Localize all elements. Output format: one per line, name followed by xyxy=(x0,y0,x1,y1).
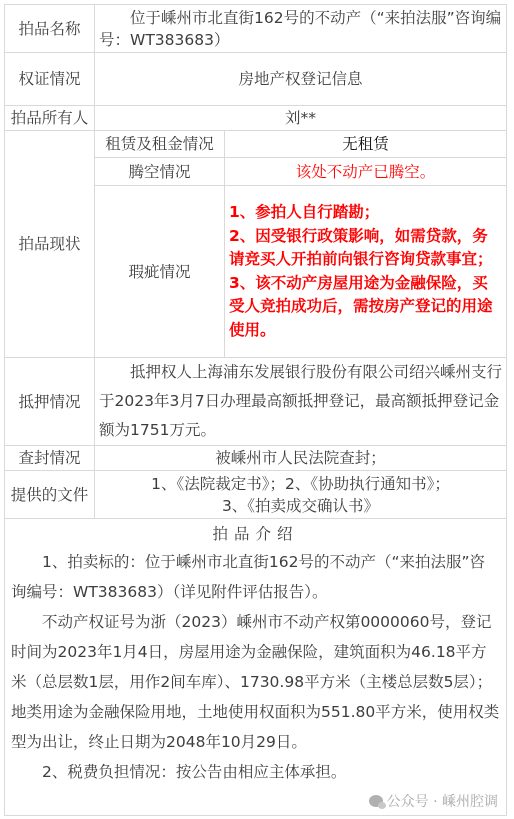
label-item-name: 拍品名称 xyxy=(5,5,95,53)
documents-line-2: 3、《拍卖成交确认书》 xyxy=(99,495,502,517)
label-vacancy: 腾空情况 xyxy=(95,158,225,186)
value-seizure: 被嵊州市人民法院查封； xyxy=(95,446,507,471)
documents-line-1: 1、《法院裁定书》；2、《协助执行通知书》； xyxy=(99,473,502,495)
intro-paragraph-1: 1、拍卖标的：位于嵊州市北直街162号的不动产（“来拍法服”咨询编号：WT383… xyxy=(11,547,500,607)
intro-section: 拍品介绍 1、拍卖标的：位于嵊州市北直街162号的不动产（“来拍法服”咨询编号：… xyxy=(5,519,507,816)
label-lease: 租赁及租金情况 xyxy=(95,131,225,158)
row-owner: 拍品所有人 刘** xyxy=(5,106,507,131)
intro-paragraph-2: 不动产权证号为浙（2023）嵊州市不动产权第0000060号，登记时间为2023… xyxy=(11,607,500,757)
label-item-status: 拍品现状 xyxy=(5,131,95,358)
value-documents: 1、《法院裁定书》；2、《协助执行通知书》； 3、《拍卖成交确认书》 xyxy=(95,471,507,519)
row-intro: 拍品介绍 1、拍卖标的：位于嵊州市北直街162号的不动产（“来拍法服”咨询编号：… xyxy=(5,519,507,816)
value-item-name: 位于嵊州市北直街162号的不动产（“来拍法服”咨询编号：WT383683） xyxy=(95,5,507,53)
watermark-text: 公众号 · 嵊州腔调 xyxy=(387,791,498,811)
value-vacancy: 该处不动产已腾空。 xyxy=(225,158,507,186)
value-defects: 1、参拍人自行踏勘； 2、因受银行政策影响，如需贷款，务请竞买人开拍前向银行咨询… xyxy=(225,186,507,358)
value-owner: 刘** xyxy=(95,106,507,131)
row-documents: 提供的文件 1、《法院裁定书》；2、《协助执行通知书》； 3、《拍卖成交确认书》 xyxy=(5,471,507,519)
row-lease: 拍品现状 租赁及租金情况 无租赁 xyxy=(5,131,507,158)
row-mortgage: 抵押情况 抵押权人上海浦东发展银行股份有限公司绍兴嵊州支行于2023年3月7日办… xyxy=(5,358,507,446)
watermark: 公众号 · 嵊州腔调 xyxy=(369,791,498,811)
label-title-status: 权证情况 xyxy=(5,53,95,106)
defect-line-1: 1、参拍人自行踏勘； xyxy=(229,201,502,225)
wechat-icon xyxy=(369,795,383,807)
row-item-name: 拍品名称 位于嵊州市北直街162号的不动产（“来拍法服”咨询编号：WT38368… xyxy=(5,5,507,53)
value-mortgage: 抵押权人上海浦东发展银行股份有限公司绍兴嵊州支行于2023年3月7日办理最高额抵… xyxy=(95,358,507,446)
label-mortgage: 抵押情况 xyxy=(5,358,95,446)
row-title-status: 权证情况 房地产权登记信息 xyxy=(5,53,507,106)
defect-line-3: 3、该不动产房屋用途为金融保险，买受人竞拍成功后，需按房产登记的用途使用。 xyxy=(229,272,502,343)
defect-line-2: 2、因受银行政策影响，如需贷款，务请竞买人开拍前向银行咨询贷款事宜； xyxy=(229,225,502,272)
value-title-status: 房地产权登记信息 xyxy=(95,53,507,106)
label-defects: 瑕疵情况 xyxy=(95,186,225,358)
label-seizure: 查封情况 xyxy=(5,446,95,471)
row-seizure: 查封情况 被嵊州市人民法院查封； xyxy=(5,446,507,471)
intro-title: 拍品介绍 xyxy=(11,521,500,547)
auction-info-table: 拍品名称 位于嵊州市北直街162号的不动产（“来拍法服”咨询编号：WT38368… xyxy=(4,4,507,816)
value-lease: 无租赁 xyxy=(225,131,507,158)
intro-paragraph-3: 2、税费负担情况：按公告由相应主体承担。 xyxy=(11,757,500,787)
label-owner: 拍品所有人 xyxy=(5,106,95,131)
label-documents: 提供的文件 xyxy=(5,471,95,519)
